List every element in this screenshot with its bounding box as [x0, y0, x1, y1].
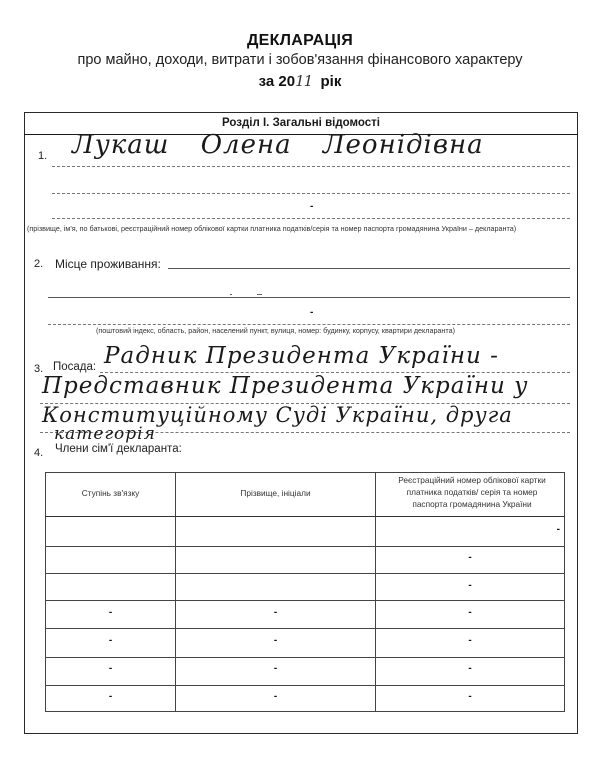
document-subtitle: про майно, доходи, витрати і зобов'язанн… — [0, 52, 600, 68]
field2-number: 2. — [34, 258, 43, 270]
table-row-divider — [45, 573, 565, 574]
field2-label: Місце проживання: — [55, 257, 161, 271]
table-cell: - — [46, 663, 175, 674]
table-row-divider — [45, 600, 565, 601]
year-prefix: за 20 — [259, 73, 295, 90]
table-cell: - — [376, 663, 564, 674]
field1-extra-dash: - — [310, 201, 313, 212]
declaration-year: за 2011 рік — [0, 72, 600, 90]
table-row-divider — [45, 546, 565, 547]
field3-position-line-1: Радник Президента України - — [104, 343, 499, 369]
table-cell: - — [176, 663, 375, 674]
field3-position-line-2: Представник Президента України у — [42, 373, 528, 399]
table-cell: - — [376, 552, 564, 563]
year-handwritten: 11 — [295, 72, 312, 90]
table-row-divider — [45, 628, 565, 629]
column-header-relation: Ступінь зв'язку — [46, 487, 175, 499]
field1-name-handwritten[interactable]: Лукаш Олена Леонідівна — [72, 130, 484, 160]
table-cell: - — [46, 607, 175, 618]
table-cell: - — [376, 635, 564, 646]
field1-line-3 — [52, 218, 570, 219]
field1-line-1 — [52, 166, 570, 167]
table-cell: - — [376, 524, 564, 535]
year-suffix: рік — [321, 73, 342, 90]
column-header-name: Прізвище, ініціали — [176, 487, 375, 499]
field2-line-2[interactable] — [48, 297, 570, 298]
table-cell: - — [176, 607, 375, 618]
column-header-registration: Реєстраційний номер облікової картки пла… — [392, 474, 552, 510]
document-title: ДЕКЛАРАЦІЯ — [0, 32, 600, 50]
field3-position-line-4: категорія — [54, 424, 156, 444]
scan-speck — [257, 294, 262, 295]
field1-number: 1. — [38, 150, 47, 162]
table-cell: - — [46, 691, 175, 702]
table-cell: - — [46, 635, 175, 646]
scan-speck — [230, 294, 232, 295]
field1-caption: (прізвище, ім'я, по батькові, реєстрацій… — [27, 224, 516, 233]
table-cell: - — [376, 691, 564, 702]
table-column-divider-1 — [175, 472, 176, 712]
table-row-divider — [45, 685, 565, 686]
field4-number: 4. — [34, 447, 43, 459]
table-cell: - — [176, 635, 375, 646]
field3-label: Посада: — [53, 361, 96, 373]
field2-line-1[interactable] — [168, 268, 570, 269]
field1-line-2 — [52, 193, 570, 194]
table-row-divider — [45, 657, 565, 658]
table-cell: - — [376, 607, 564, 618]
table-header-divider — [45, 516, 565, 517]
field2-line-3[interactable] — [48, 324, 570, 325]
field4-label: Члени сім'ї декларанта: — [55, 443, 182, 455]
field2-caption: (поштовий індекс, область, район, населе… — [96, 326, 455, 335]
table-cell: - — [376, 580, 564, 591]
table-cell: - — [176, 691, 375, 702]
field2-value: - — [310, 307, 313, 318]
table-column-divider-2 — [375, 472, 376, 712]
